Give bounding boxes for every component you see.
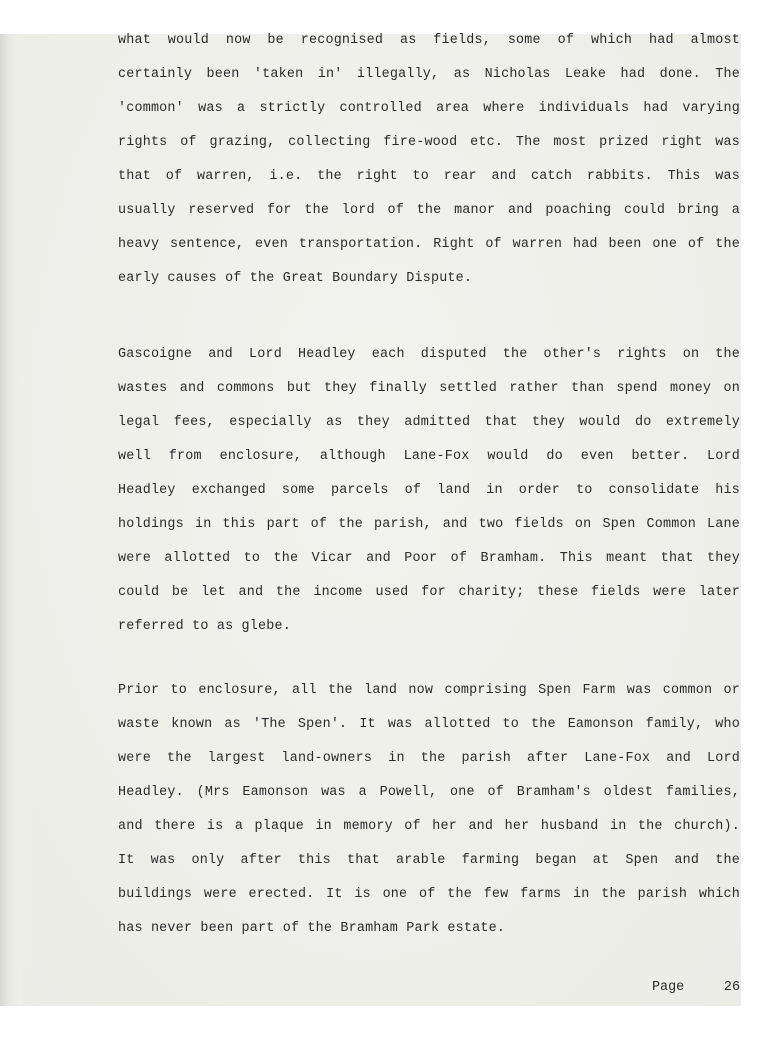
text-line: usually reserved for the lord of the man… [118, 194, 740, 228]
text-line: Headley exchanged some parcels of land i… [118, 474, 740, 508]
paragraph-gascoigne-headley: Gascoigne and Lord Headley each disputed… [118, 338, 740, 644]
paragraph-spen-farm: Prior to enclosure, all the land now com… [118, 674, 740, 946]
text-line: what would now be recognised as fields, … [118, 24, 740, 58]
text-line: waste known as 'The Spen'. It was allott… [118, 708, 740, 742]
text-line: Prior to enclosure, all the land now com… [118, 674, 740, 708]
text-line: It was only after this that arable farmi… [118, 844, 740, 878]
text-line: early causes of the Great Boundary Dispu… [118, 262, 740, 296]
text-line: legal fees, especially as they admitted … [118, 406, 740, 440]
text-line: that of warren, i.e. the right to rear a… [118, 160, 740, 194]
text-line: wastes and commons but they finally sett… [118, 372, 740, 406]
text-line: has never been part of the Bramham Park … [118, 912, 740, 946]
text-line: Gascoigne and Lord Headley each disputed… [118, 338, 740, 372]
text-line: certainly been 'taken in' illegally, as … [118, 58, 740, 92]
scanned-page: what would now be recognised as fields, … [0, 34, 741, 1006]
text-line: rights of grazing, collecting fire-wood … [118, 126, 740, 160]
text-line: well from enclosure, although Lane-Fox w… [118, 440, 740, 474]
text-line: were allotted to the Vicar and Poor of B… [118, 542, 740, 576]
page-label: Page [652, 980, 684, 995]
text-line: referred to as glebe. [118, 610, 740, 644]
text-line: buildings were erected. It is one of the… [118, 878, 740, 912]
text-line: holdings in this part of the parish, and… [118, 508, 740, 542]
page-footer: Page 26 [652, 980, 740, 995]
text-line: could be let and the income used for cha… [118, 576, 740, 610]
paragraph-commons-and-warren: what would now be recognised as fields, … [118, 24, 740, 296]
text-line: and there is a plaque in memory of her a… [118, 810, 740, 844]
text-line: 'common' was a strictly controlled area … [118, 92, 740, 126]
text-line: Headley. (Mrs Eamonson was a Powell, one… [118, 776, 740, 810]
page-number: 26 [724, 980, 740, 995]
text-line: heavy sentence, even transportation. Rig… [118, 228, 740, 262]
text-line: were the largest land-owners in the pari… [118, 742, 740, 776]
